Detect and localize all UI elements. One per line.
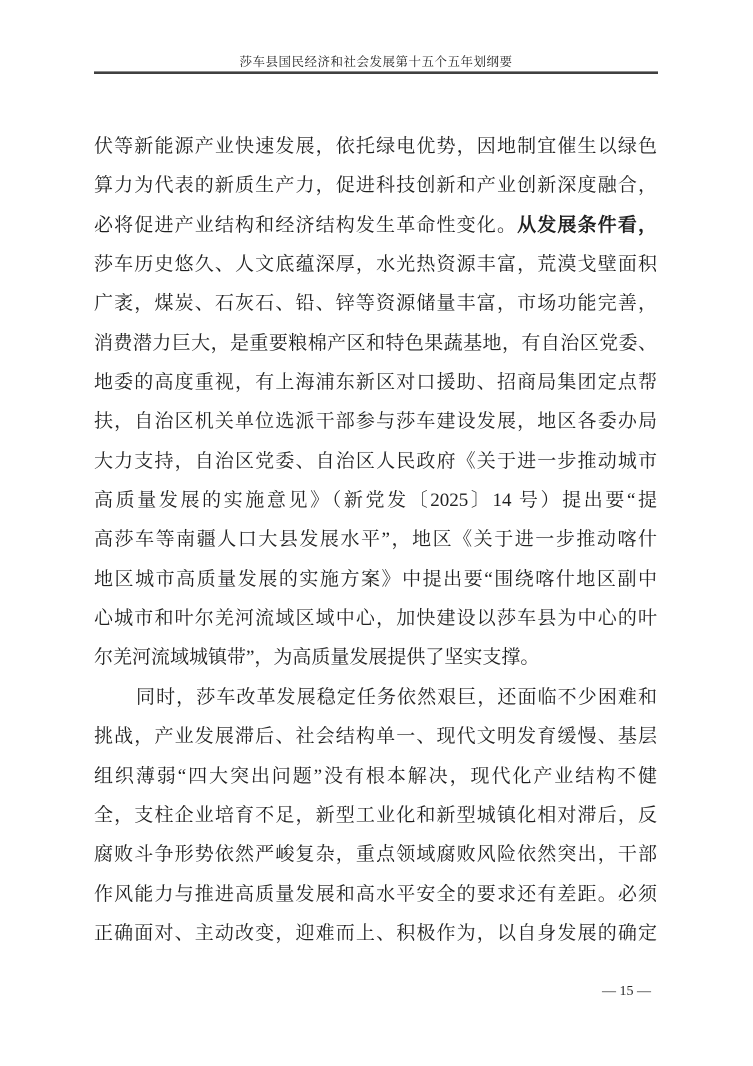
text-segment: 腐败斗争形势依然严峻复杂，重点领域腐败风险依然突出，干部 bbox=[94, 844, 657, 865]
text-line: 正确面对、主动改变，迎难而上、积极作为，以自身发展的确定 bbox=[94, 914, 657, 953]
text-segment: 心城市和叶尔羌河流域区域中心，加快建设以莎车县为中心的叶 bbox=[94, 608, 657, 629]
document-body: 伏等新能源产业快速发展，依托绿电优势，因地制宜催生以绿色算力为代表的新质生产力，… bbox=[94, 127, 657, 953]
text-line: 地委的高度重视，有上海浦东新区对口援助、招商局集团定点帮 bbox=[94, 363, 657, 402]
text-segment: 算力为代表的新质生产力，促进科技创新和产业创新深度融合， bbox=[94, 175, 657, 196]
text-line: 大力支持，自治区党委、自治区人民政府《关于进一步推动城市 bbox=[94, 442, 657, 481]
text-line: 尔羌河流域城镇带”，为高质量发展提供了坚实支撑。 bbox=[94, 638, 657, 677]
text-line: 伏等新能源产业快速发展，依托绿电优势，因地制宜催生以绿色 bbox=[94, 127, 657, 166]
text-segment: 高质量发展的实施意见》（新党发〔2025〕14 号）提出要“提 bbox=[94, 490, 657, 511]
text-line: 挑战，产业发展滞后、社会结构单一、现代文明发育缓慢、基层 bbox=[94, 717, 657, 756]
text-segment: 高莎车等南疆人口大县发展水平”，地区《关于进一步推动喀什 bbox=[94, 529, 657, 550]
text-segment: 全，支柱企业培育不足，新型工业化和新型城镇化相对滞后，反 bbox=[94, 805, 657, 826]
text-line: 算力为代表的新质生产力，促进科技创新和产业创新深度融合， bbox=[94, 166, 657, 205]
text-segment: 广袤，煤炭、石灰石、铅、锌等资源储量丰富，市场功能完善， bbox=[94, 293, 657, 314]
text-segment: 尔羌河流域城镇带”，为高质量发展提供了坚实支撑。 bbox=[94, 647, 539, 668]
text-line: 必将促进产业结构和经济结构发生革命性变化。从发展条件看， bbox=[94, 206, 657, 245]
text-line: 高莎车等南疆人口大县发展水平”，地区《关于进一步推动喀什 bbox=[94, 520, 657, 559]
text-segment: 莎车历史悠久、人文底蕴深厚，水光热资源丰富，荒漠戈壁面积 bbox=[94, 254, 657, 275]
text-line: 全，支柱企业培育不足，新型工业化和新型城镇化相对滞后，反 bbox=[94, 796, 657, 835]
text-segment: 消费潜力巨大，是重要粮棉产区和特色果蔬基地，有自治区党委、 bbox=[94, 333, 657, 354]
page-header-title: 莎车县国民经济和社会发展第十五个五年划纲要 bbox=[94, 52, 658, 70]
text-line: 腐败斗争形势依然严峻复杂，重点领域腐败风险依然突出，干部 bbox=[94, 835, 657, 874]
header-rule bbox=[94, 71, 658, 74]
page-number: — 15 — bbox=[602, 984, 651, 1000]
text-segment: 伏等新能源产业快速发展，依托绿电优势，因地制宜催生以绿色 bbox=[94, 136, 657, 157]
text-line: 地区城市高质量发展的实施方案》中提出要“围绕喀什地区副中 bbox=[94, 560, 657, 599]
text-line: 高质量发展的实施意见》（新党发〔2025〕14 号）提出要“提 bbox=[94, 481, 657, 520]
text-line: 莎车历史悠久、人文底蕴深厚，水光热资源丰富，荒漠戈壁面积 bbox=[94, 245, 657, 284]
text-segment: 挑战，产业发展滞后、社会结构单一、现代文明发育缓慢、基层 bbox=[94, 726, 657, 747]
text-segment: 正确面对、主动改变，迎难而上、积极作为，以自身发展的确定 bbox=[94, 923, 657, 944]
text-segment: 地区城市高质量发展的实施方案》中提出要“围绕喀什地区副中 bbox=[94, 569, 657, 590]
text-line: 组织薄弱“四大突出问题”没有根本解决，现代化产业结构不健 bbox=[94, 757, 657, 796]
text-line: 心城市和叶尔羌河流域区域中心，加快建设以莎车县为中心的叶 bbox=[94, 599, 657, 638]
text-line: 广袤，煤炭、石灰石、铅、锌等资源储量丰富，市场功能完善， bbox=[94, 284, 657, 323]
bold-text-segment: 从发展条件看， bbox=[517, 215, 657, 236]
text-line: 消费潜力巨大，是重要粮棉产区和特色果蔬基地，有自治区党委、 bbox=[94, 324, 657, 363]
text-line: 同时，莎车改革发展稳定任务依然艰巨，还面临不少困难和 bbox=[94, 678, 657, 717]
text-segment: 大力支持，自治区党委、自治区人民政府《关于进一步推动城市 bbox=[94, 451, 657, 472]
text-segment: 作风能力与推进高质量发展和高水平安全的要求还有差距。必须 bbox=[94, 884, 657, 905]
text-segment: 扶，自治区机关单位选派干部参与莎车建设发展，地区各委办局 bbox=[94, 411, 657, 432]
text-segment: 地委的高度重视，有上海浦东新区对口援助、招商局集团定点帮 bbox=[94, 372, 657, 393]
text-segment: 组织薄弱“四大突出问题”没有根本解决，现代化产业结构不健 bbox=[94, 766, 657, 787]
document-page: 莎车县国民经济和社会发展第十五个五年划纲要 伏等新能源产业快速发展，依托绿电优势… bbox=[0, 0, 753, 1066]
text-line: 作风能力与推进高质量发展和高水平安全的要求还有差距。必须 bbox=[94, 875, 657, 914]
text-segment: 必将促进产业结构和经济结构发生革命性变化。 bbox=[94, 215, 517, 236]
text-line: 扶，自治区机关单位选派干部参与莎车建设发展，地区各委办局 bbox=[94, 402, 657, 441]
text-segment: 同时，莎车改革发展稳定任务依然艰巨，还面临不少困难和 bbox=[136, 687, 657, 708]
